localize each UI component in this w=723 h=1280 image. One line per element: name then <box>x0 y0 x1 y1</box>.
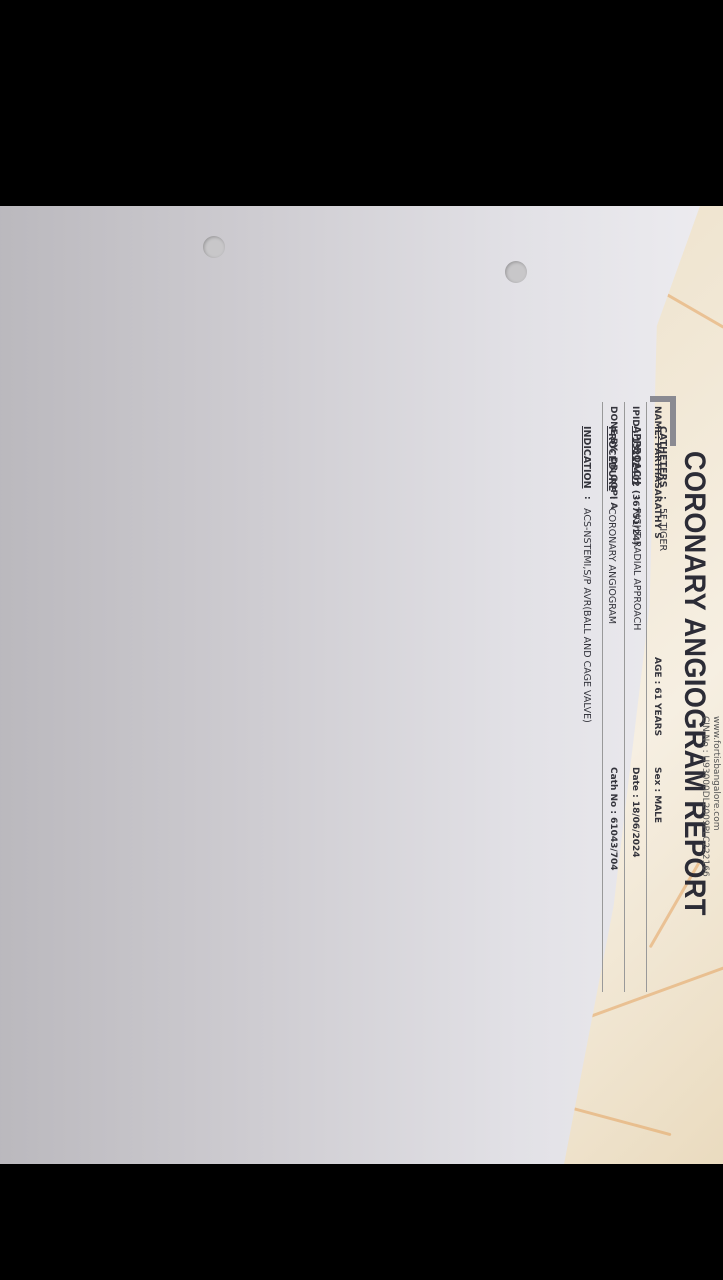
procedure-label: PROCEDURE <box>606 426 617 491</box>
angiogram-report: CORONARY ANGIOGRAM REPORT www.fortisbang… <box>3 206 723 1166</box>
header-rule <box>670 396 676 446</box>
catheters-value: 5F TIGER <box>657 508 668 551</box>
hospital-contact: www.fortisbangalore.com CIN No : U93000D… <box>699 716 721 877</box>
cath-number: Cath No : 61043/704 <box>609 767 619 992</box>
patient-age: AGE : 61 YEARS <box>653 657 663 767</box>
catheters-label: CATHETERS <box>657 426 668 488</box>
report-date: Date : 18/06/2024 <box>631 767 641 992</box>
patient-sex: Sex : MALE <box>653 767 663 992</box>
approach-label: APPROACH <box>631 426 642 485</box>
indication-label: INDICATION <box>581 426 592 489</box>
approach-value: RIGHT RADIAL APPROACH <box>631 508 642 630</box>
indication-value: ACS-NSTEMI,S/P AVR(BALL AND CAGE VALVE) <box>581 508 592 723</box>
procedure-value: CORONARY ANGIOGRAM <box>606 508 617 624</box>
